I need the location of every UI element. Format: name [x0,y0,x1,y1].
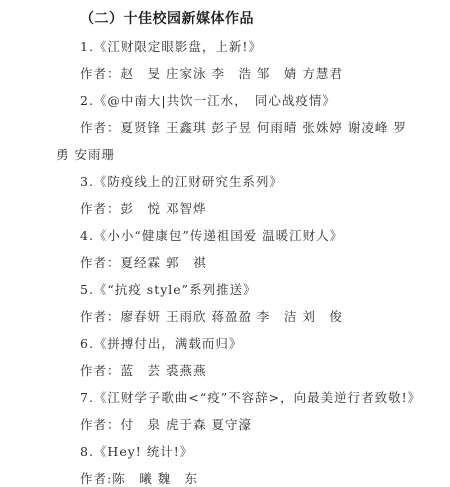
entry-title-8: 8.《Hey! 统计!》 [80,442,193,460]
section-heading: （二）十佳校园新媒体作品 [80,8,254,28]
entry-title-3: 3.《防疫线上的江财研究生系列》 [80,172,283,190]
entry-authors-2: 作者：夏贤锋 王鑫琪 彭子昱 何雨晴 张姝婷 谢凌峰 罗 [80,118,407,136]
entry-title-1: 1.《江财限定眼影盘，上新!》 [80,37,262,55]
entry-title-6: 6.《拼搏付出，满载而归》 [80,334,242,352]
entry-title-7: 7.《江财学子歌曲<“疫”不容辞>，向最美逆行者致敬!》 [80,388,421,406]
entry-authors-7: 作者：付 泉 虎于森 夏守濠 [80,415,252,433]
entry-title-5: 5.《“抗疫 style”系列推送》 [80,280,257,298]
entry-authors-8: 作者:陈 曦 魏 东 [80,469,198,487]
entry-authors-5: 作者：廖春妍 王雨欣 蒋盈盈 李 洁 刘 俊 [80,307,343,325]
document-page: （二）十佳校园新媒体作品 1.《江财限定眼影盘，上新!》 作者：赵 旻 庄家泳 … [0,0,450,487]
entry-authors-6: 作者：蓝 芸 裘燕燕 [80,361,206,379]
entry-authors-3: 作者：彭 悦 邓智烨 [80,199,206,217]
entry-title-2: 2.《@中南大|共饮一江水， 同心战疫情》 [80,91,336,109]
entry-authors-1: 作者：赵 旻 庄家泳 李 浩 邹 婧 方慧君 [80,64,343,82]
entry-authors-2-continued: 勇 安雨珊 [56,145,115,163]
entry-authors-4: 作者：夏经霖 郭 祺 [80,253,206,271]
entry-title-4: 4.《小小“健康包”传递祖国爱 温暖江财人》 [80,226,343,244]
